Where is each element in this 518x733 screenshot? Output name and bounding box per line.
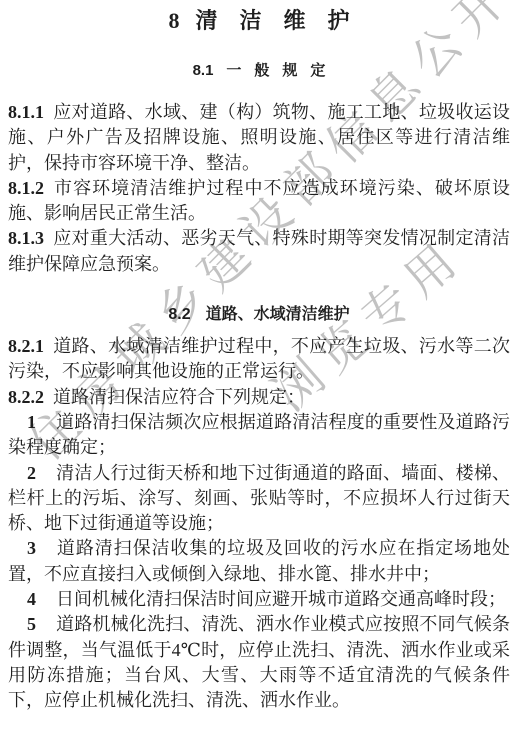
list-item-3-number: 3 [27, 538, 56, 558]
clause-8-2-1-text: 道路、水域清洁维护过程中，不应产生垃圾、污水等二次污染，不应影响其他设施的正常运… [8, 336, 510, 381]
list-item-4-number: 4 [27, 589, 56, 609]
list-item-4: 4日间机械化清扫保洁时间应避开城市道路交通高峰时段； [8, 587, 510, 612]
clause-8-2-2-label: 8.2.2 [8, 387, 53, 407]
list-item-4-text: 日间机械化清扫保洁时间应避开城市道路交通高峰时段； [56, 589, 506, 609]
clause-8-1-3-label: 8.1.3 [8, 228, 53, 248]
section-8-1-body: 8.1.1应对道路、水域、建（构）筑物、施工工地、垃圾收运设施、户外广告及招牌设… [8, 100, 510, 277]
list-item-5-text: 道路机械化洗扫、清洗、洒水作业模式应按照不同气候条件调整，当气温低于4℃时，应停… [8, 614, 510, 710]
clause-8-1-1-text: 应对道路、水域、建（构）筑物、施工工地、垃圾收运设施、户外广告及招牌设施、照明设… [8, 102, 510, 173]
clause-8-2-2: 8.2.2道路清扫保洁应符合下列规定： [8, 385, 510, 410]
clause-8-1-2-text: 市容环境清洁维护过程中不应造成环境污染、破坏原设施、影响居民正常生活。 [8, 178, 510, 223]
clause-8-1-1-label: 8.1.1 [8, 102, 53, 122]
section-8-2-body: 8.2.1道路、水域清洁维护过程中，不应产生垃圾、污水等二次污染，不应影响其他设… [8, 334, 510, 713]
list-item-1-number: 1 [27, 412, 56, 432]
document-page: 住房城乡建设部信息公开 浏览专用 8清洁维护 8.1一般规定 8.1.1应对道路… [0, 0, 518, 733]
list-item-2: 2清洁人行过街天桥和地下过街通道的路面、墙面、楼梯、栏杆上的污垢、涂写、刻画、张… [8, 461, 510, 537]
list-item-3: 3道路清扫保洁收集的垃圾及回收的污水应在指定场地处置，不应直接扫入或倾倒入绿地、… [8, 536, 510, 587]
section-heading-8-1: 8.1一般规定 [8, 61, 510, 81]
clause-8-2-1: 8.2.1道路、水域清洁维护过程中，不应产生垃圾、污水等二次污染，不应影响其他设… [8, 334, 510, 385]
list-item-2-number: 2 [27, 463, 56, 483]
chapter-heading: 8清洁维护 [8, 8, 510, 34]
list-item-3-text: 道路清扫保洁收集的垃圾及回收的污水应在指定场地处置，不应直接扫入或倾倒入绿地、排… [8, 538, 510, 583]
list-item-2-text: 清洁人行过街天桥和地下过街通道的路面、墙面、楼梯、栏杆上的污垢、涂写、刻画、张贴… [8, 463, 510, 534]
list-item-5-number: 5 [27, 614, 56, 634]
clause-8-1-1: 8.1.1应对道路、水域、建（构）筑物、施工工地、垃圾收运设施、户外广告及招牌设… [8, 100, 510, 176]
clause-8-2-2-text: 道路清扫保洁应符合下列规定： [53, 387, 305, 407]
list-item-1-text: 道路清扫保洁频次应根据道路清洁程度的重要性及道路污染程度确定； [8, 412, 510, 457]
section-heading-8-2: 8.2道路、水域清洁维护 [8, 305, 510, 325]
section-8-1-title: 一般规定 [226, 62, 338, 79]
page-content: 8清洁维护 8.1一般规定 8.1.1应对道路、水域、建（构）筑物、施工工地、垃… [0, 0, 518, 714]
list-item-5: 5道路机械化洗扫、清洗、洒水作业模式应按照不同气候条件调整，当气温低于4℃时，应… [8, 612, 510, 713]
clause-8-1-3-text: 应对重大活动、恶劣天气、特殊时期等突发情况制定清洁维护保障应急预案。 [8, 228, 510, 273]
chapter-number: 8 [168, 8, 179, 33]
chapter-title: 清洁维护 [195, 8, 371, 33]
clause-8-1-2: 8.1.2市容环境清洁维护过程中不应造成环境污染、破坏原设施、影响居民正常生活。 [8, 176, 510, 227]
clause-8-1-2-label: 8.1.2 [8, 178, 53, 198]
list-item-1: 1道路清扫保洁频次应根据道路清洁程度的重要性及道路污染程度确定； [8, 410, 510, 461]
section-8-2-number: 8.2 [168, 306, 190, 323]
section-8-2-title: 道路、水域清洁维护 [206, 306, 350, 323]
clause-8-2-1-label: 8.2.1 [8, 336, 53, 356]
section-8-1-number: 8.1 [193, 62, 214, 79]
clause-8-1-3: 8.1.3应对重大活动、恶劣天气、特殊时期等突发情况制定清洁维护保障应急预案。 [8, 226, 510, 277]
